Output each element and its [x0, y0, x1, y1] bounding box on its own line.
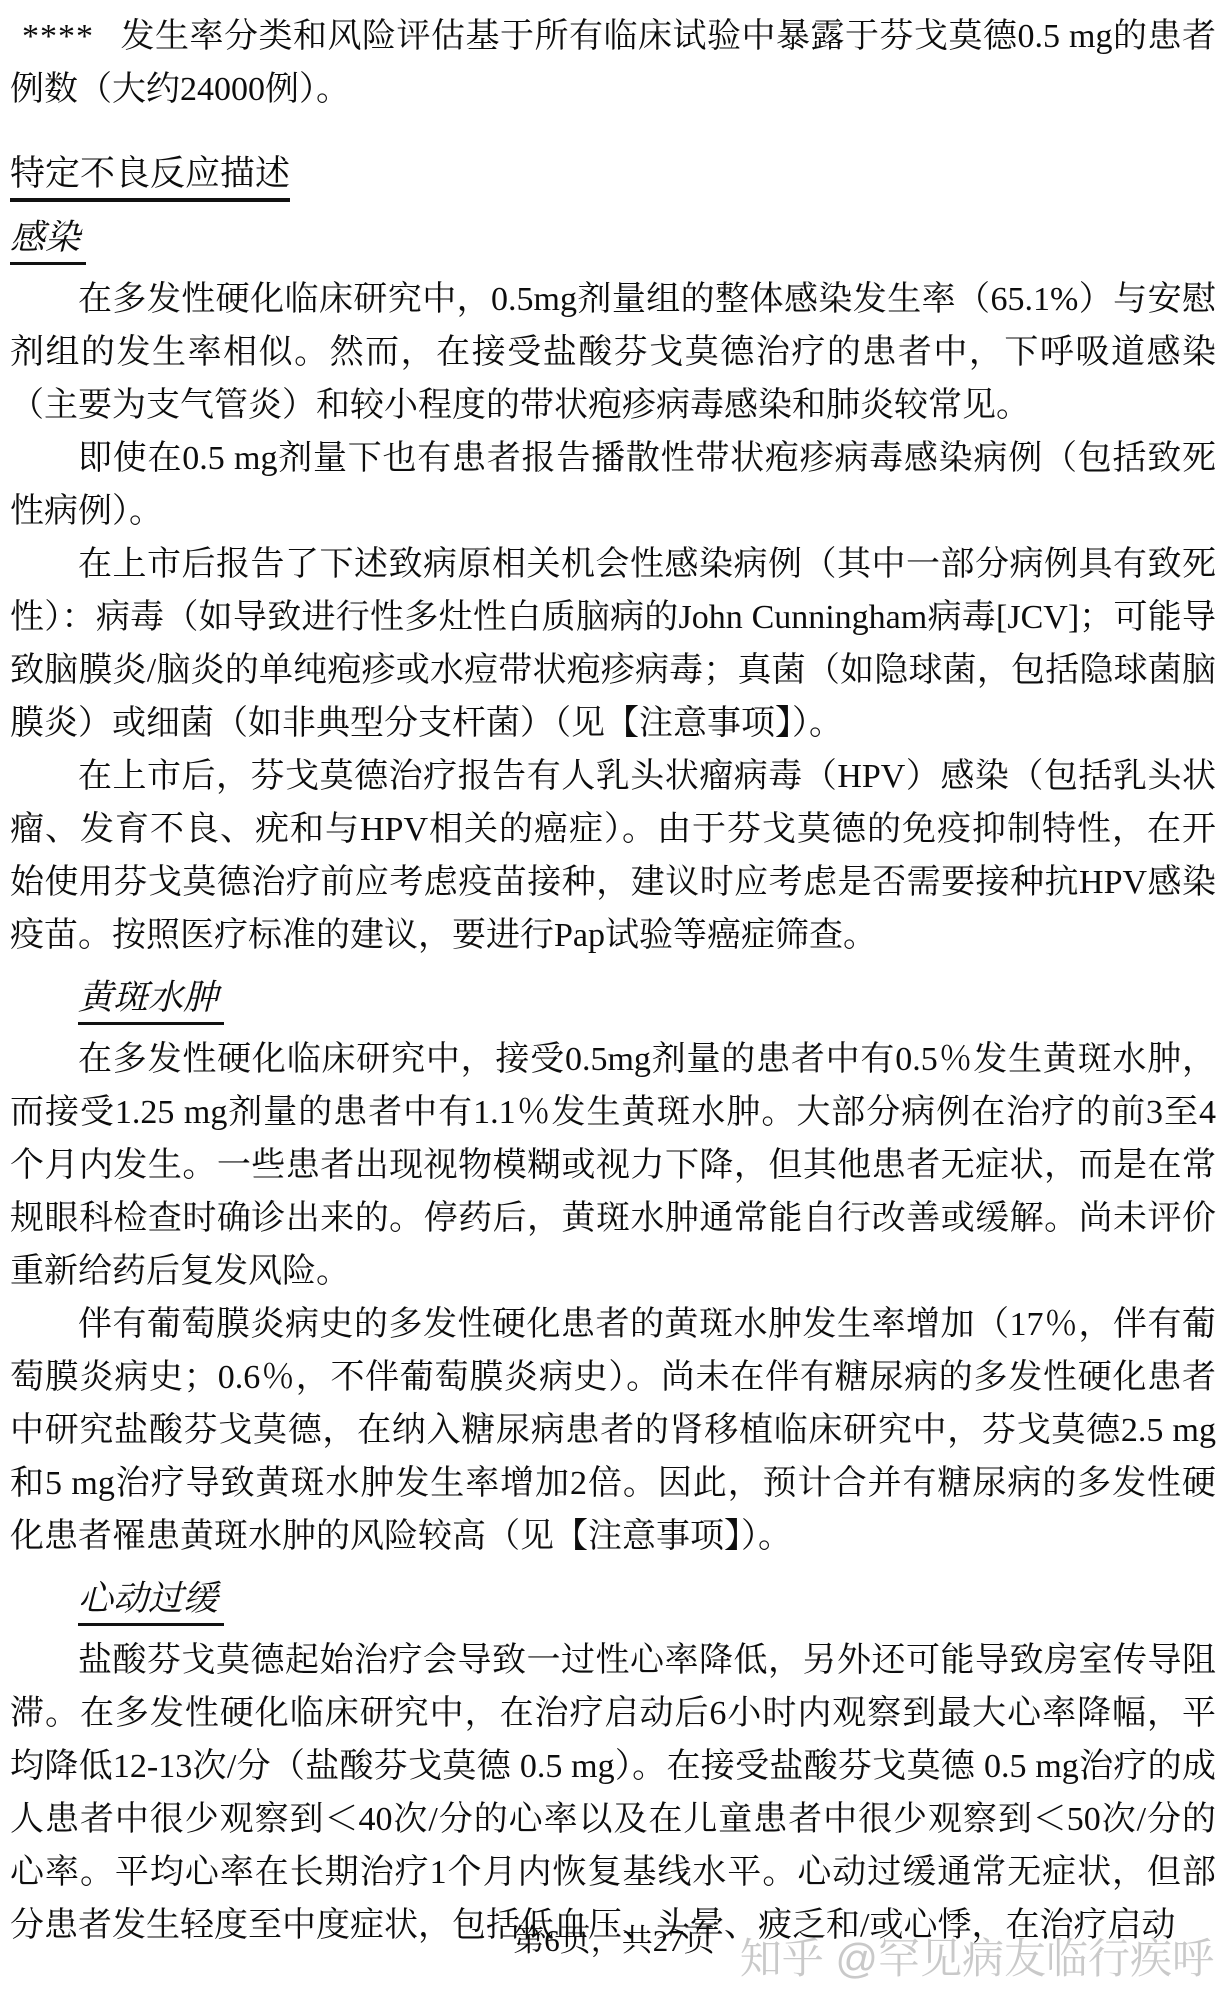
section-title-text: 特定不良反应描述: [10, 152, 290, 202]
paragraph-macular-edema-1: 在多发性硬化临床研究中，接受0.5mg剂量的患者中有0.5％发生黄斑水肿，而接受…: [10, 1033, 1216, 1298]
subsection-title-macular-edema: 黄斑水肿: [78, 976, 1216, 1025]
paragraph-bradycardia-1: 盐酸芬戈莫德起始治疗会导致一过性心率降低，另外还可能导致房室传导阻滞。在多发性硬…: [10, 1634, 1216, 1952]
subsection-title-bradycardia: 心动过缓: [78, 1577, 1216, 1626]
subsection-title-text: 黄斑水肿: [78, 976, 224, 1025]
document-page: ****发生率分类和风险评估基于所有临床试验中暴露于芬戈莫德0.5 mg的患者例…: [0, 0, 1228, 2001]
watermark: 知乎 @罕见病友临行疾呼: [740, 1935, 1214, 1983]
subsection-title-infections: 感染: [10, 216, 1216, 265]
page-number-label: 第6页，共27页: [513, 1923, 715, 1958]
footnote-marker: ****: [22, 10, 94, 63]
paragraph-infections-4: 在上市后，芬戈莫德治疗报告有人乳头状瘤病毒（HPV）感染（包括乳头状瘤、发育不良…: [10, 750, 1216, 962]
subsection-title-text: 心动过缓: [78, 1577, 224, 1626]
paragraph-infections-1: 在多发性硬化临床研究中，0.5mg剂量组的整体感染发生率（65.1%）与安慰剂组…: [10, 273, 1216, 432]
subsection-macular-edema: 黄斑水肿 在多发性硬化临床研究中，接受0.5mg剂量的患者中有0.5％发生黄斑水…: [10, 976, 1216, 1563]
footnote: ****发生率分类和风险评估基于所有临床试验中暴露于芬戈莫德0.5 mg的患者例…: [10, 10, 1216, 116]
subsection-infections: 感染 在多发性硬化临床研究中，0.5mg剂量组的整体感染发生率（65.1%）与安…: [10, 216, 1216, 962]
paragraph-infections-3: 在上市后报告了下述致病原相关机会性感染病例（其中一部分病例具有致死性）：病毒（如…: [10, 538, 1216, 750]
paragraph-macular-edema-2: 伴有葡萄膜炎病史的多发性硬化患者的黄斑水肿发生率增加（17％，伴有葡萄膜炎病史；…: [10, 1298, 1216, 1563]
subsection-title-text: 感染: [10, 216, 86, 265]
footnote-text: 发生率分类和风险评估基于所有临床试验中暴露于芬戈莫德0.5 mg的患者例数（大约…: [10, 18, 1216, 108]
subsection-bradycardia: 心动过缓 盐酸芬戈莫德起始治疗会导致一过性心率降低，另外还可能导致房室传导阻滞。…: [10, 1577, 1216, 1952]
paragraph-infections-2: 即使在0.5 mg剂量下也有患者报告播散性带状疱疹病毒感染病例（包括致死性病例）…: [10, 432, 1216, 538]
section-title: 特定不良反应描述: [10, 152, 1216, 202]
